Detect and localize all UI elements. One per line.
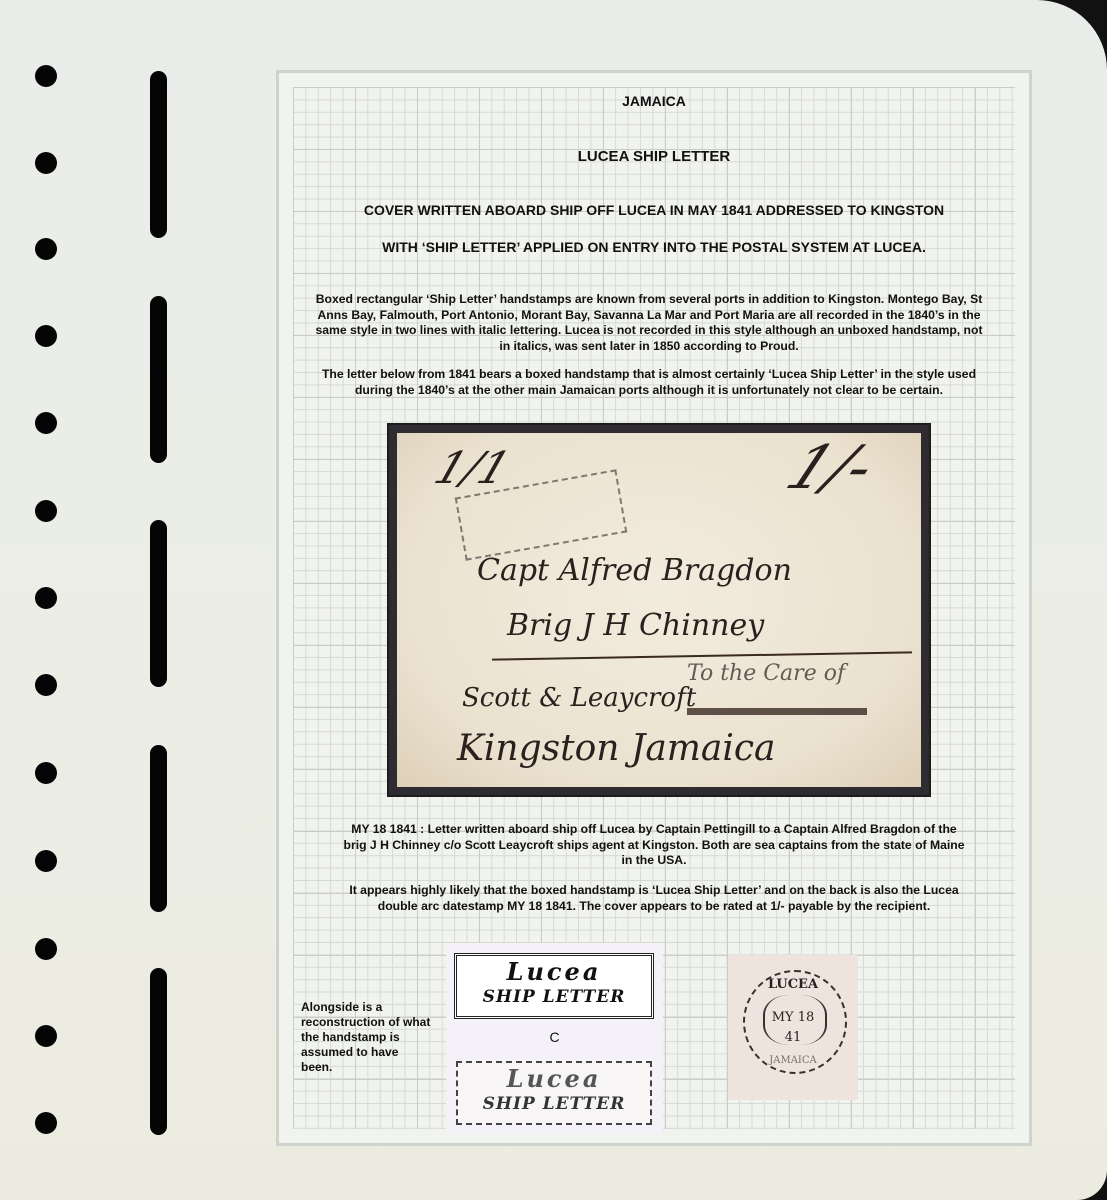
address-line-3: To the Care of [687,661,845,686]
handstamp-line-2: SHIP LETTER [457,986,651,1008]
binder-hole [35,587,57,609]
binder-hole [35,152,57,174]
datestamp-country: JAMAICA [728,1055,858,1066]
binder-hole [35,412,57,434]
reconstruction-panel: Lucea SHIP LETTER C Lucea SHIP LETTER [446,943,663,1133]
compare-label: C [446,1029,663,1045]
page-frame: JAMAICA LUCEA SHIP LETTER COVER WRITTEN … [276,70,1032,1146]
binder-hole [35,674,57,696]
strikethrough [687,708,867,715]
binder-slot [150,296,167,463]
address-line-1: Capt Alfred Bragdon [477,553,792,588]
address-line-2: Brig J H Chinney [507,608,764,643]
datestamp-date: MY 18 [728,1010,858,1025]
handstamp-line-1: Lucea [457,958,651,986]
original-line-2: SHIP LETTER [458,1093,650,1115]
reconstructed-handstamp: Lucea SHIP LETTER [454,953,654,1019]
binder-slot [150,745,167,912]
binder-hole [35,500,57,522]
album-page: JAMAICA LUCEA SHIP LETTER COVER WRITTEN … [0,0,1107,1200]
binder-slot [150,71,167,238]
datestamp-year: 41 [728,1030,858,1045]
intro-paragraph-2: The letter below from 1841 bears a boxed… [309,367,989,398]
binder-hole [35,1112,57,1134]
binder-slot [150,968,167,1135]
rate-mark-right: 1/- [776,433,887,503]
binder-hole [35,65,57,87]
binder-hole [35,938,57,960]
rate-mark-left: 1/1 [428,443,517,494]
page-title: LUCEA SHIP LETTER [279,148,1029,165]
datestamp-photo: LUCEA MY 18 41 JAMAICA [728,955,858,1100]
page-subtitle-2: WITH ‘SHIP LETTER’ APPLIED ON ENTRY INTO… [279,239,1029,255]
cover-analysis: It appears highly likely that the boxed … [339,883,969,914]
cover-envelope: 1/1 1/- Capt Alfred Bragdon Brig J H Chi… [397,433,921,787]
intro-paragraph-1: Boxed rectangular ‘Ship Letter’ handstam… [309,292,989,354]
datestamp-town: LUCEA [728,977,858,992]
reconstruction-note: Alongside is a reconstruction of what th… [301,1000,431,1075]
binder-hole [35,1025,57,1047]
underline [492,651,912,660]
cover-photo: 1/1 1/- Capt Alfred Bragdon Brig J H Chi… [387,423,931,797]
binder-slot [150,520,167,687]
binder-hole [35,762,57,784]
address-line-4: Scott & Leaycroft [462,683,696,713]
page-subtitle-1: COVER WRITTEN ABOARD SHIP OFF LUCEA IN M… [279,202,1029,218]
country-heading: JAMAICA [279,93,1029,109]
address-line-5: Kingston Jamaica [457,728,776,769]
cover-caption: MY 18 1841 : Letter written aboard ship … [339,822,969,869]
binder-hole [35,325,57,347]
original-handstamp-detail: Lucea SHIP LETTER [456,1061,652,1125]
binder-hole [35,238,57,260]
original-line-1: Lucea [458,1065,650,1093]
binder-hole [35,850,57,872]
